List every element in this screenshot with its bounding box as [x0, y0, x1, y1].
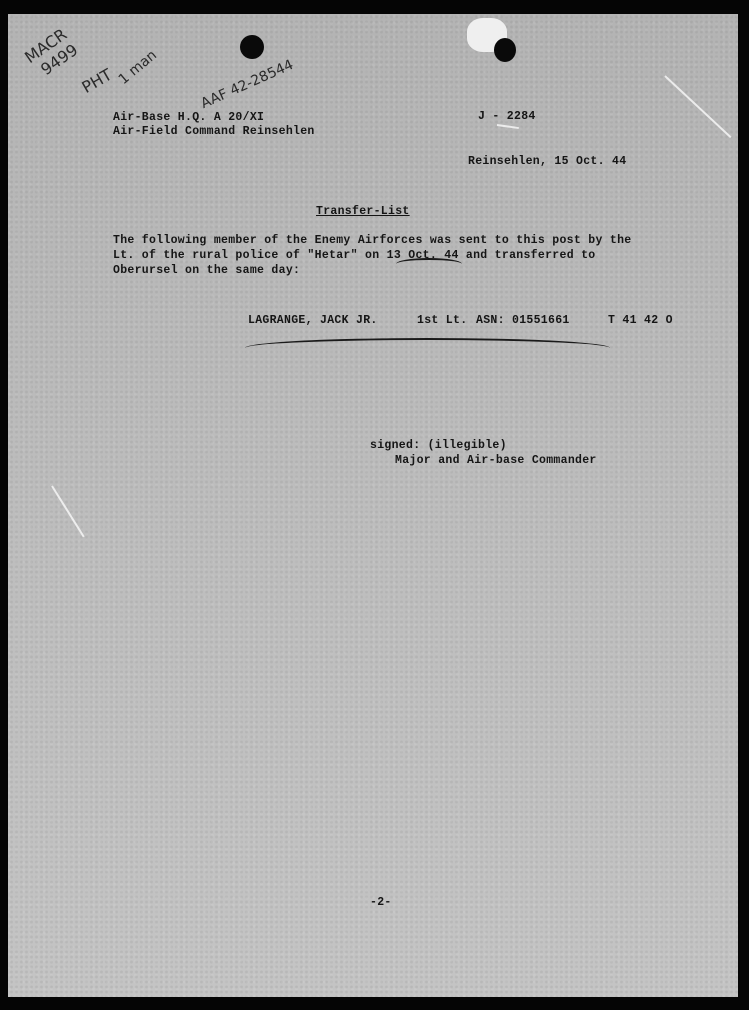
signature-line: signed: (illegible) [370, 439, 507, 452]
unit-line-2: Air-Field Command Reinsehlen [113, 125, 315, 138]
unit-line-1: Air-Base H.Q. A 20/XI [113, 111, 264, 124]
body-line-1: The following member of the Enemy Airfor… [113, 234, 631, 247]
prisoner-asn: ASN: 01551661 [476, 314, 570, 327]
pen-underline-name [245, 338, 610, 358]
prisoner-code: T 41 42 O [608, 314, 673, 327]
punch-hole-right [494, 38, 516, 62]
body-line-3: Oberursel on the same day: [113, 264, 300, 277]
page-number: -2- [370, 896, 392, 909]
prisoner-name: LAGRANGE, JACK JR. [248, 314, 378, 327]
document-title: Transfer-List [316, 205, 410, 218]
signature-title: Major and Air-base Commander [395, 454, 597, 467]
document-page [8, 14, 738, 997]
pen-underline-date [396, 258, 462, 270]
body-line-2-start: Lt. of the rural police of "Hetar" on [113, 249, 387, 262]
punch-hole-left [240, 35, 264, 59]
place-date: Reinsehlen, 15 Oct. 44 [468, 155, 626, 168]
body-line-2-end: and transferred to [459, 249, 596, 262]
body-line-2: Lt. of the rural police of "Hetar" on 13… [113, 249, 596, 262]
reference-number: J - 2284 [478, 110, 536, 123]
prisoner-rank: 1st Lt. [417, 314, 467, 327]
